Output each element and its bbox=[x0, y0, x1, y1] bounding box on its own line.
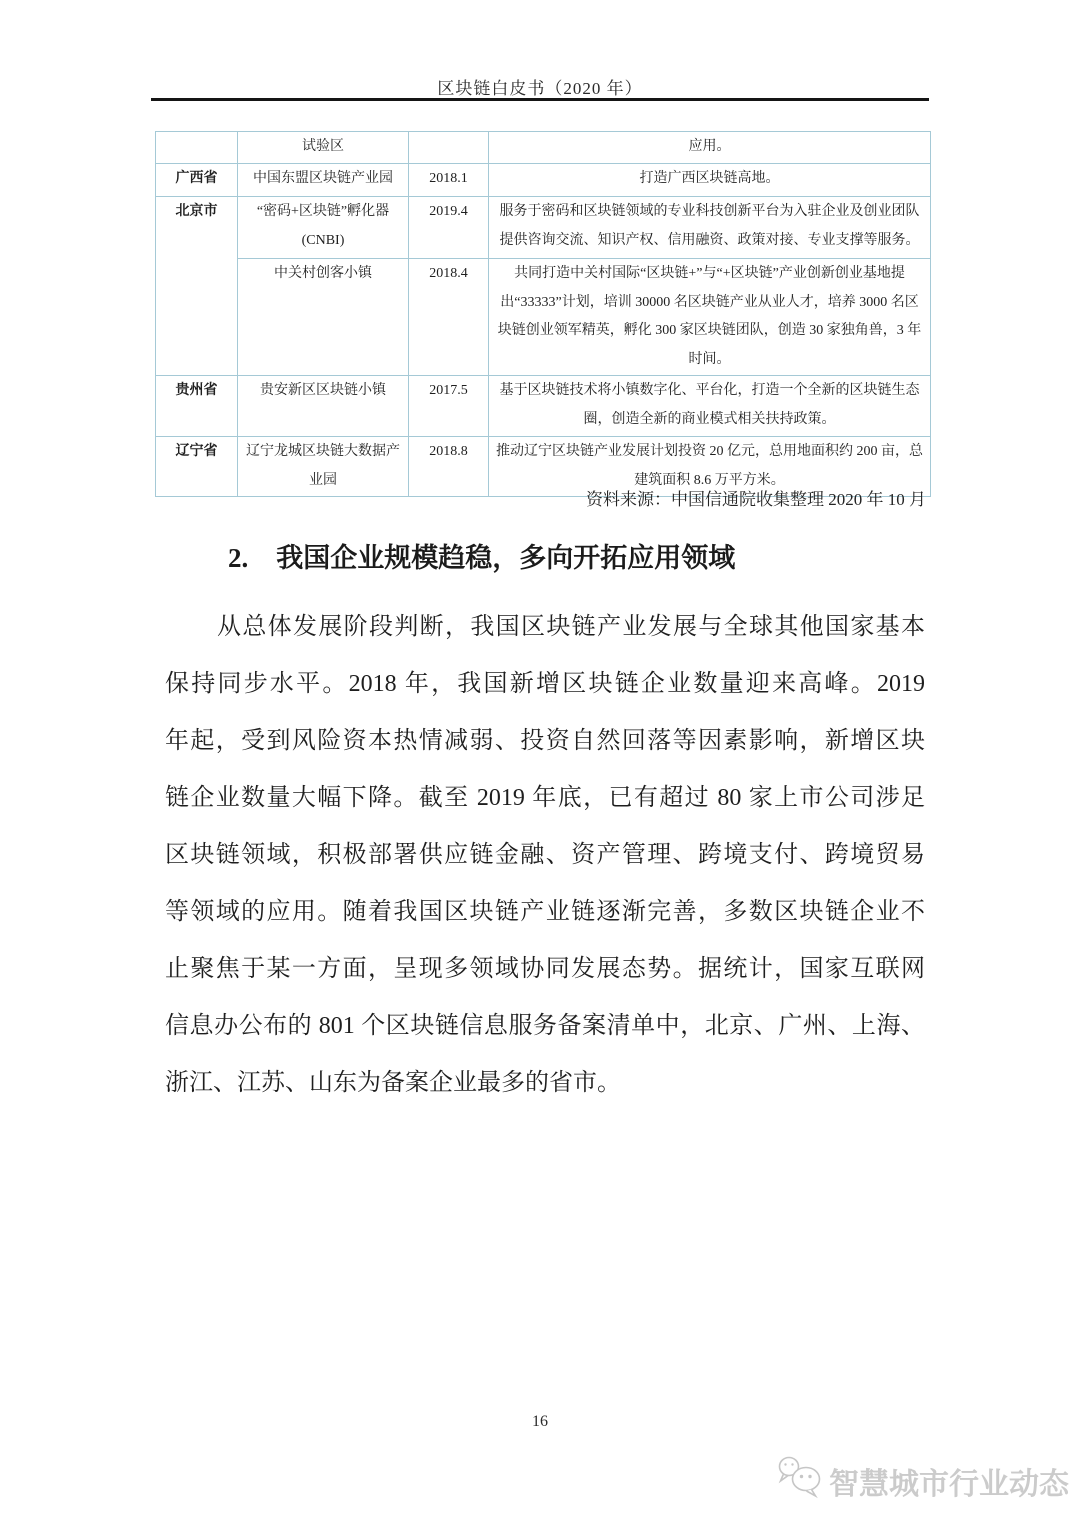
section-title: 我国企业规模趋稳，多向开拓应用领域 bbox=[276, 543, 735, 573]
paragraph-line: 保持同步水平。2018 年，我国新增区块链企业数量迎来高峰。2019 bbox=[165, 663, 925, 720]
wechat-icon bbox=[776, 1454, 824, 1507]
paragraph-line: 从总体发展阶段判断，我国区块链产业发展与全球其他国家基本 bbox=[165, 606, 925, 663]
cell-zone: 中关村创客小镇 bbox=[238, 259, 409, 376]
table-header-row: 试验区 应用。 bbox=[156, 132, 931, 164]
watermark-label: 智慧城市行业动态 bbox=[829, 1459, 1069, 1503]
paragraph-line: 止聚焦于某一方面，呈现多领域协同发展态势。据统计，国家互联网 bbox=[165, 948, 925, 1005]
table-row: 贵州省 贵安新区区块链小镇 2017.5 基于区块链技术将小镇数字化、平台化，打… bbox=[156, 376, 931, 437]
paragraph-line: 区块链领域，积极部署供应链金融、资产管理、跨境支付、跨境贸易 bbox=[165, 834, 925, 891]
header-cell-province bbox=[156, 132, 238, 164]
section-number: 2. bbox=[228, 543, 248, 573]
cell-application: 基于区块链技术将小镇数字化、平台化，打造一个全新的区块链生态圈，创造全新的商业模… bbox=[489, 376, 931, 437]
paragraph-line: 等领域的应用。随着我国区块链产业链逐渐完善，多数区块链企业不 bbox=[165, 891, 925, 948]
paragraph-line: 信息办公布的 801 个区块链信息服务备案清单中，北京、广州、上海、 bbox=[165, 1005, 925, 1062]
paragraph-line: 浙江、江苏、山东为备案企业最多的省市。 bbox=[165, 1062, 925, 1119]
pilot-zone-table: 试验区 应用。 广西省 中国东盟区块链产业园 2018.1 打造广西区块链高地。… bbox=[155, 131, 931, 497]
header-cell-zone: 试验区 bbox=[238, 132, 409, 164]
cell-province: 广西省 bbox=[156, 164, 238, 197]
header-cell-application: 应用。 bbox=[489, 132, 931, 164]
cell-province: 北京市 bbox=[156, 197, 238, 376]
cell-date: 2017.5 bbox=[409, 376, 489, 437]
header-rule bbox=[151, 98, 929, 101]
document-page: { "header": { "title": "区块链白皮书（2020 年）" … bbox=[0, 0, 1080, 1528]
source-note: 资料来源：中国信通院收集整理 2020 年 10 月 bbox=[151, 485, 926, 510]
page-number: 16 bbox=[151, 1413, 929, 1431]
body-paragraph: 从总体发展阶段判断，我国区块链产业发展与全球其他国家基本 保持同步水平。2018… bbox=[165, 606, 925, 1119]
watermark: 智慧城市行业动态 bbox=[776, 1454, 1069, 1507]
cell-application: 打造广西区块链高地。 bbox=[489, 164, 931, 197]
cell-zone: “密码+区块链”孵化器 (CNBI) bbox=[238, 197, 409, 259]
section-heading: 2.我国企业规模趋稳，多向开拓应用领域 bbox=[228, 536, 735, 575]
cell-application: 共同打造中关村国际“区块链+”与“+区块链”产业创新创业基地提出“33333”计… bbox=[489, 259, 931, 376]
cell-province: 贵州省 bbox=[156, 376, 238, 437]
cell-zone: 贵安新区区块链小镇 bbox=[238, 376, 409, 437]
paragraph-line: 链企业数量大幅下降。截至 2019 年底，已有超过 80 家上市公司涉足 bbox=[165, 777, 925, 834]
table-row: 广西省 中国东盟区块链产业园 2018.1 打造广西区块链高地。 bbox=[156, 164, 931, 197]
page-header-title: 区块链白皮书（2020 年） bbox=[151, 74, 929, 99]
paragraph-line: 年起，受到风险资本热情减弱、投资自然回落等因素影响，新增区块 bbox=[165, 720, 925, 777]
table-row: 中关村创客小镇 2018.4 共同打造中关村国际“区块链+”与“+区块链”产业创… bbox=[156, 259, 931, 376]
cell-application: 服务于密码和区块链领域的专业科技创新平台为入驻企业及创业团队提供咨询交流、知识产… bbox=[489, 197, 931, 259]
cell-date: 2019.4 bbox=[409, 197, 489, 259]
cell-date: 2018.4 bbox=[409, 259, 489, 376]
cell-date: 2018.1 bbox=[409, 164, 489, 197]
table-row: 北京市 “密码+区块链”孵化器 (CNBI) 2019.4 服务于密码和区块链领… bbox=[156, 197, 931, 259]
cell-zone: 中国东盟区块链产业园 bbox=[238, 164, 409, 197]
header-cell-date bbox=[409, 132, 489, 164]
